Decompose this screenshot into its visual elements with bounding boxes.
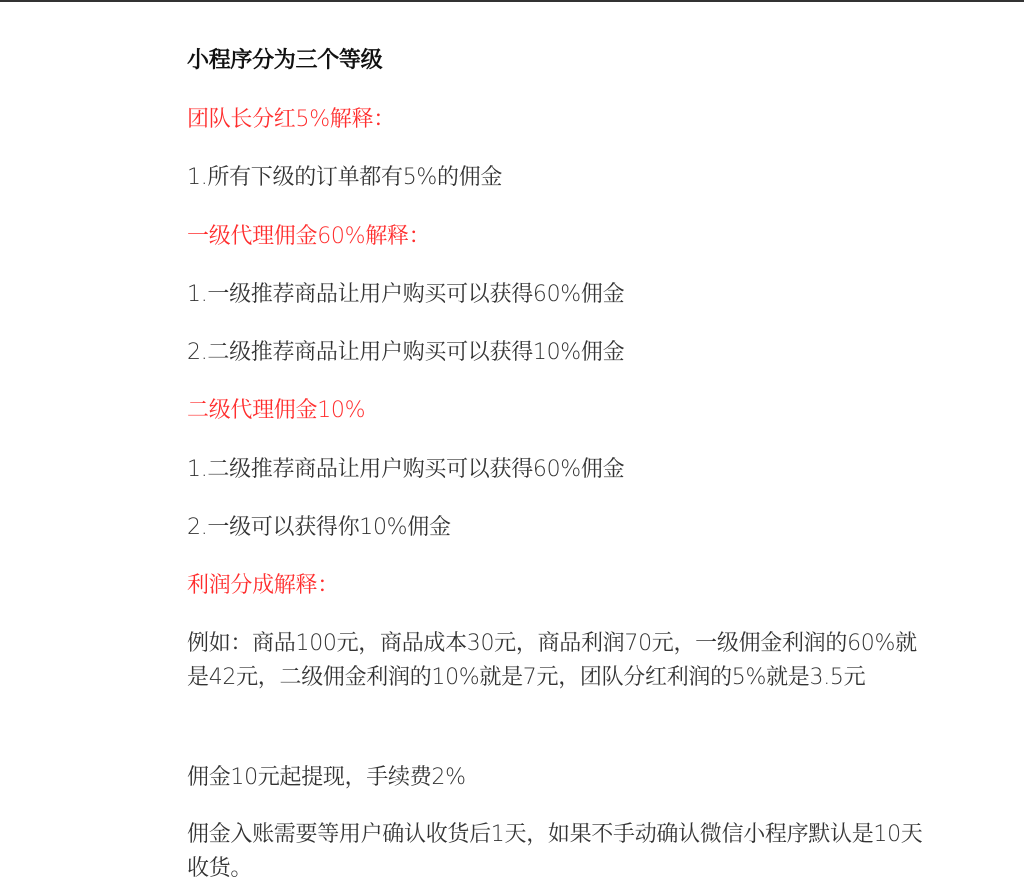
paragraph-example: 例如：商品100元，商品成本30元，商品利润70元，一级佣金利润的60%就是42… [187,627,927,695]
paragraph: 1.所有下级的订单都有5%的佣金 [187,161,502,195]
paragraph: 1.一级推荐商品让用户购买可以获得60%佣金 [187,278,624,312]
section-heading-level2-agent: 二级代理佣金10% [187,394,365,428]
section-heading-profit-share: 利润分成解释： [187,569,339,603]
section-heading-level1-agent: 一级代理佣金60%解释： [187,220,430,254]
section-heading-team-leader-bonus: 团队长分红5%解释： [187,103,395,137]
paragraph-settlement: 佣金入账需要等用户确认收货后1天，如果不手动确认微信小程序默认是10天收货。 [187,818,927,886]
paragraph: 2.二级推荐商品让用户购买可以获得10%佣金 [187,336,624,370]
paragraph: 1.二级推荐商品让用户购买可以获得60%佣金 [187,453,624,487]
paragraph-withdrawal: 佣金10元起提现，手续费2% [187,761,466,795]
article-title: 小程序分为三个等级 [187,44,382,78]
paragraph: 2.一级可以获得你10%佣金 [187,511,451,545]
